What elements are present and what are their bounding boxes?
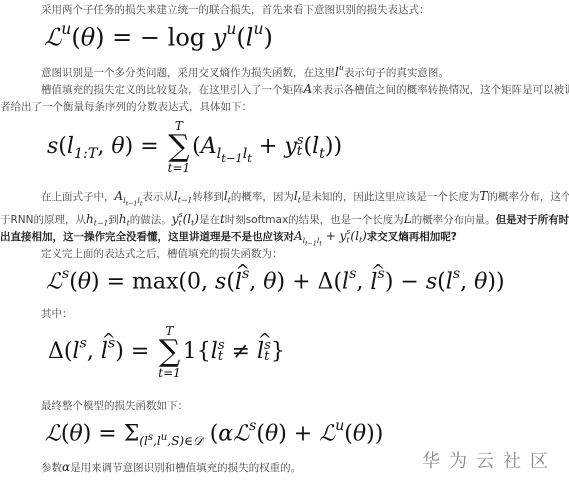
bold-question-end: 求交叉熵再相加呢? — [367, 231, 457, 243]
equation-slot-loss: ℒs(θ) = max(0, s(ls, θ) + Δ(ls, ls) − s(… — [46, 266, 505, 295]
equation-intent-loss: ℒu(θ) = − log yu(lu) — [44, 20, 273, 52]
watermark-huawei-cloud-community: 华为云社区 — [422, 447, 557, 473]
text: 来表示各槽值之间的概率转换情况，这个矩阵是可以被训练的。作 — [312, 84, 569, 96]
variable-l-u: lu — [335, 65, 344, 79]
summation: T ∑ t=1 — [168, 120, 191, 174]
text: 意图识别是一个多分类问题，采用交叉熵作为损失函数，在这里 — [41, 67, 335, 79]
text: 最终整个模型的损失函数如下： — [41, 400, 188, 412]
text: 者给出了一个衡量每条序列的分数表达式，具体如下： — [0, 101, 252, 113]
bold-question: 出直接相加，这一操作完全没看懂，这里讲道理是不是也应该对 — [0, 231, 294, 243]
text: 定义完上面的表达式之后，槽值填充的损失函数为： — [41, 248, 283, 260]
text: 槽值填充的损失定义的比较复杂，在这里引入了一个矩阵 — [41, 84, 304, 96]
variable-A: A — [304, 82, 313, 96]
intro-text: 采用两个子任务的损失来建立统一的联合损失，首先来看下意图识别的损失表达式： — [41, 4, 430, 16]
variable-alpha: α — [62, 460, 70, 474]
text: 其中： — [41, 308, 73, 320]
where-label: 其中： — [41, 306, 73, 323]
equation-sequence-score: s(l1:T, θ) = T ∑ t=1 (Alt−1lt + yst(lt)) — [47, 120, 342, 174]
equation-total-loss: ℒ(θ) = Σ(ls,lu,S)∈𝒟 (αℒs(θ) + ℒu(θ)) — [45, 418, 383, 449]
summation: T ∑ t=1 — [158, 325, 181, 379]
alpha-description-paragraph: 参数α是用来调节意图识别和槽值填充的损失的权重的。 — [41, 459, 301, 477]
equation-delta: Δ(ls, ls) = T ∑ t=1 1{lst ≠ lst} — [48, 325, 285, 379]
intro-paragraph: 采用两个子任务的损失来建立统一的联合损失，首先来看下意图识别的损失表达式： — [41, 2, 430, 19]
bold-question-start: 但是对于所有时间步的输 — [496, 214, 569, 226]
intent-description-paragraph: 意图识别是一个多分类问题，采用交叉熵作为损失函数，在这里lu表示句子的真实意图。 — [41, 59, 449, 82]
final-loss-intro-paragraph: 最终整个模型的损失函数如下： — [41, 398, 188, 415]
slot-loss-paragraph-line2: 者给出了一个衡量每条序列的分数表达式，具体如下： — [0, 99, 252, 116]
text: 表示句子的真实意图。 — [344, 67, 449, 79]
slot-loss-paragraph-line1: 槽值填充的损失定义的比较复杂，在这里引入了一个矩阵A来表示各槽值之间的概率转换情… — [41, 81, 569, 99]
